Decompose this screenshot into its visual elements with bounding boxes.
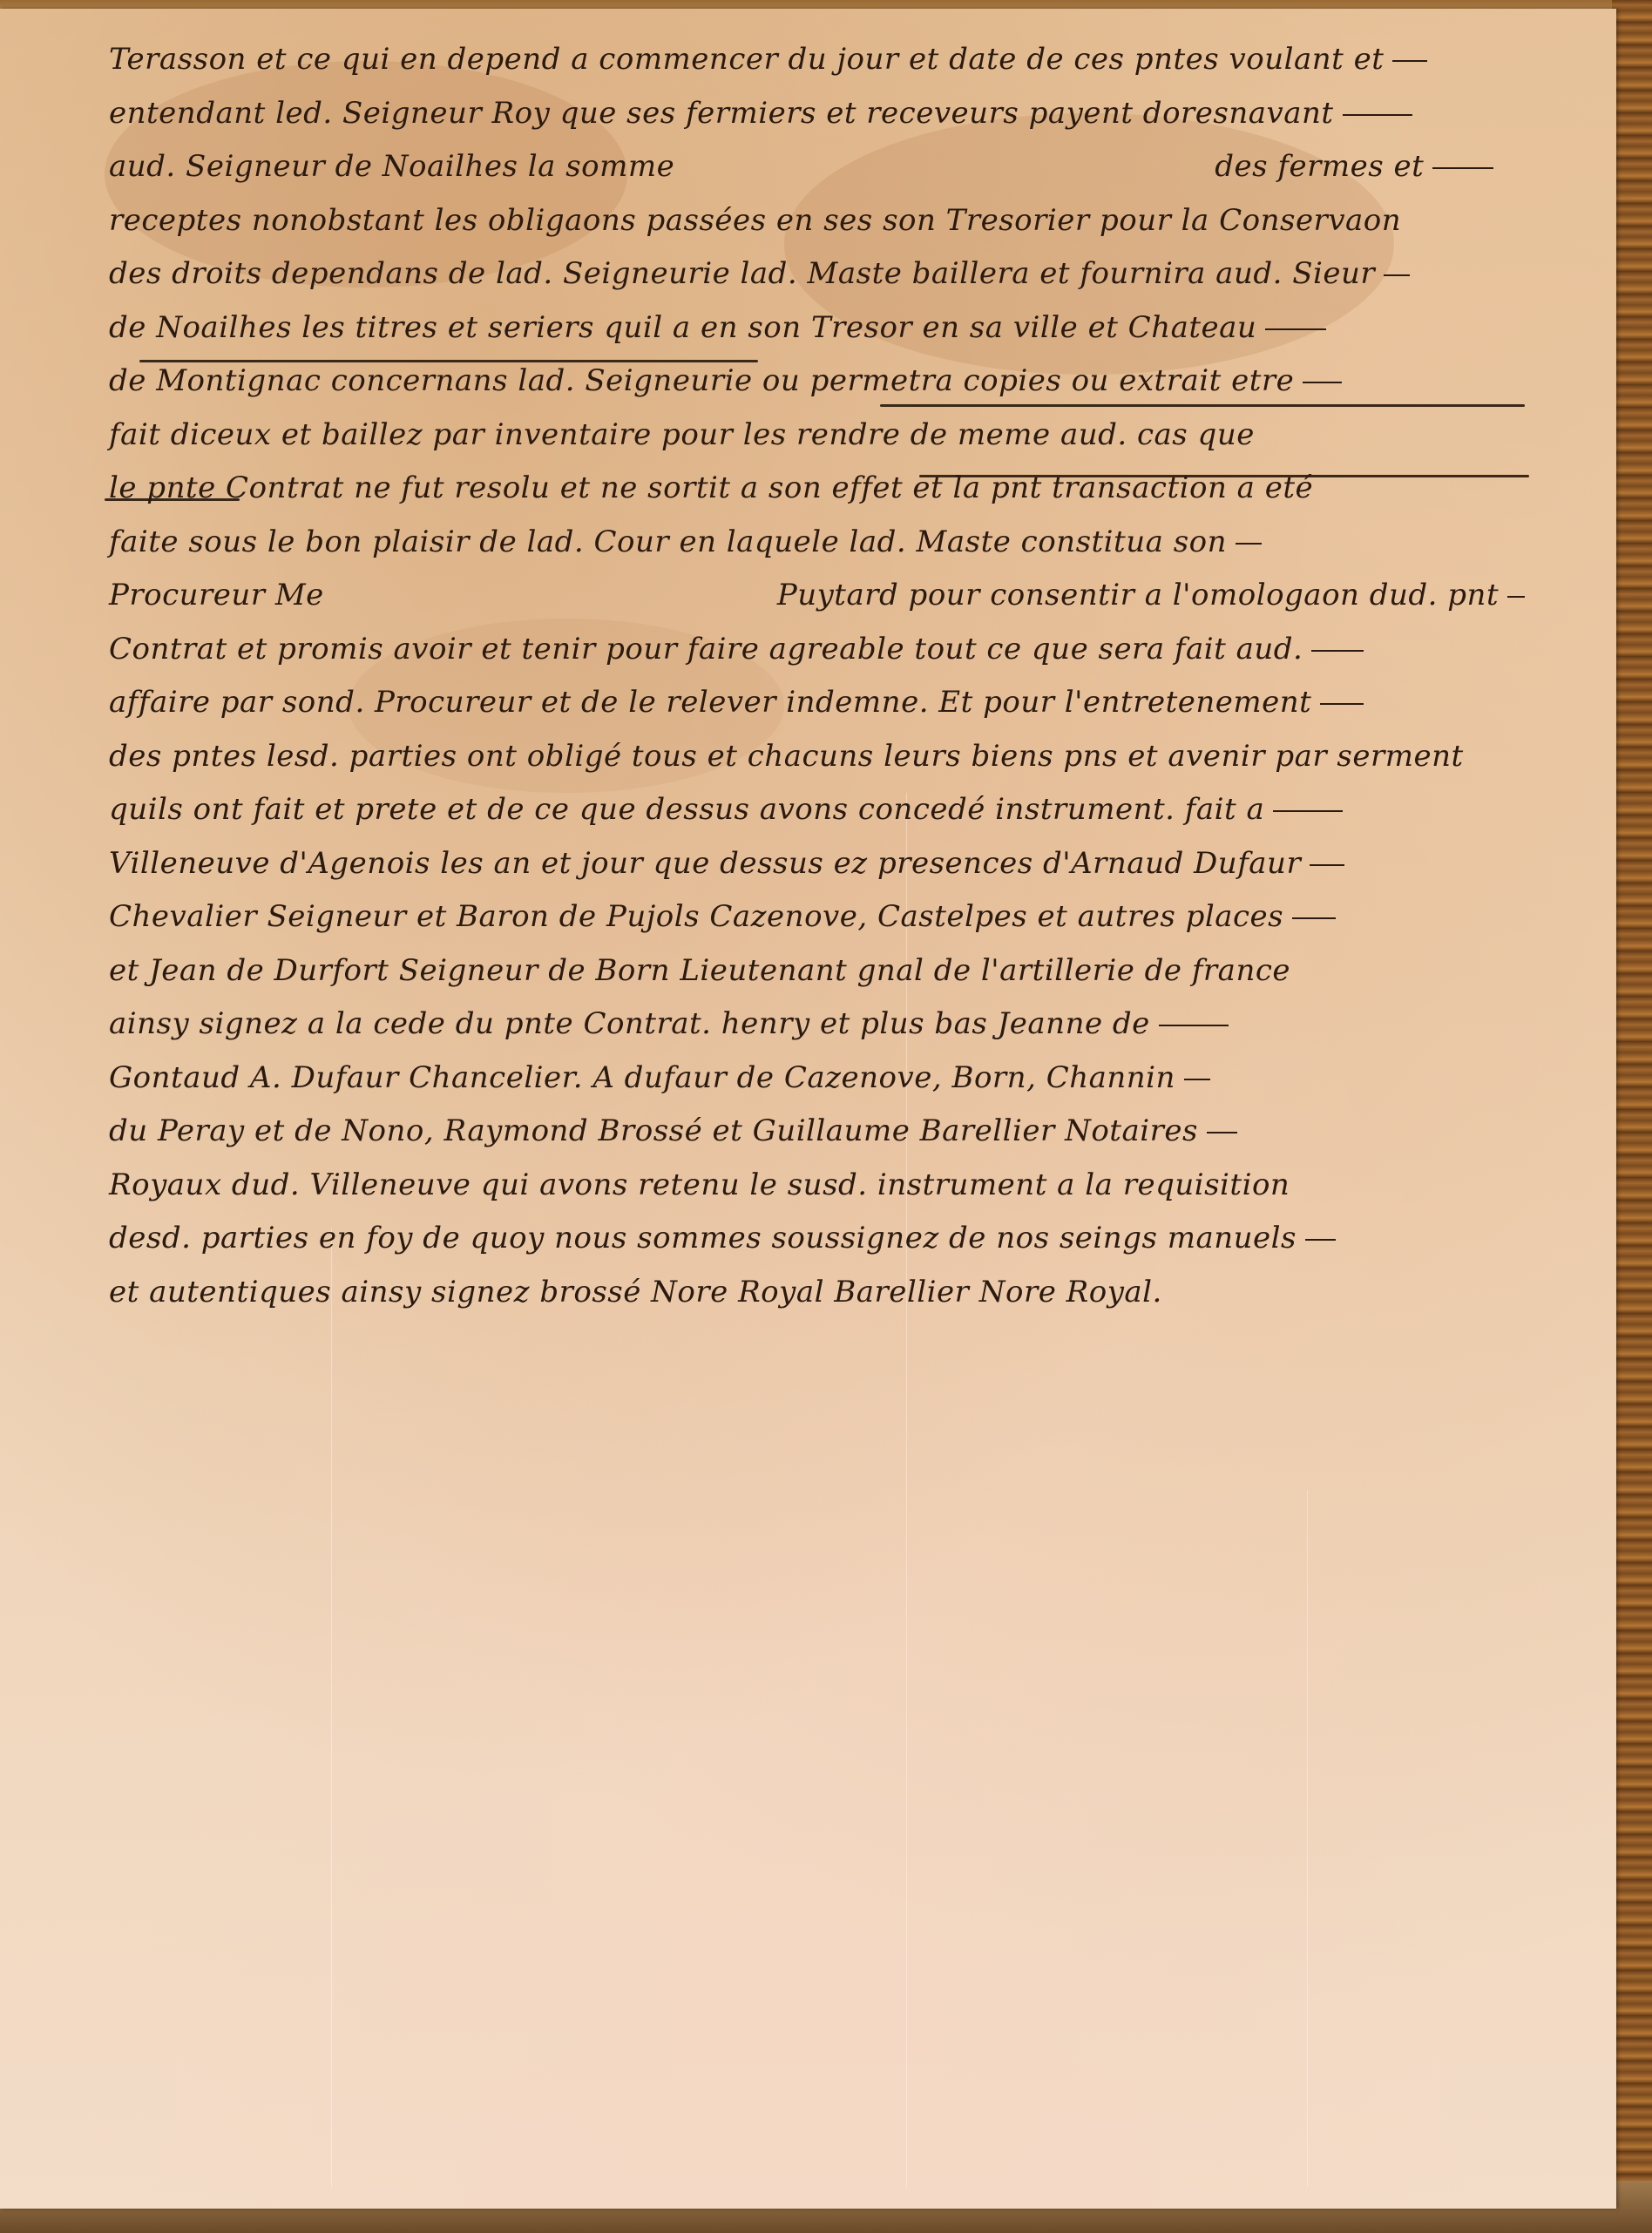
paper-crease — [331, 1228, 332, 2187]
line-filler-stroke — [1292, 917, 1336, 919]
text-line-24: et autentiques ainsy signez brossé Nore … — [109, 1266, 1608, 1320]
line-filler-stroke — [1507, 596, 1525, 598]
line-filler-stroke — [1310, 864, 1344, 866]
line-text: fait diceux et baillez par inventaire po… — [109, 417, 1255, 452]
line-text: de Noailhes les titres et seriers quil a… — [109, 310, 1256, 345]
line-text: et Jean de Durfort Seigneur de Born Lieu… — [109, 953, 1290, 988]
line-text: affaire par sond. Procureur et de le rel… — [109, 685, 1311, 720]
paper-crease — [1307, 1490, 1308, 2187]
line-text: le pnte Contrat ne fut resolu et ne sort… — [109, 470, 1313, 505]
line-filler-stroke — [1392, 60, 1427, 62]
line-filler-stroke — [1343, 114, 1412, 116]
text-line-22: Royaux dud. Villeneuve qui avons retenu … — [109, 1159, 1608, 1213]
line-filler-stroke — [1207, 1132, 1237, 1133]
line-text-continued: Puytard pour consentir a l'omologaon dud… — [777, 578, 1499, 612]
text-line-23: desd. parties en foy de quoy nous sommes… — [109, 1212, 1608, 1266]
wooden-surface-right — [1612, 0, 1652, 2233]
line-text: Chevalier Seigneur et Baron de Pujols Ca… — [109, 899, 1283, 934]
line-text: Royaux dud. Villeneuve qui avons retenu … — [109, 1167, 1290, 1202]
text-line-11: Procureur MePuytard pour consentir a l'o… — [109, 569, 1608, 623]
text-line-14: des pntes lesd. parties ont obligé tous … — [109, 730, 1608, 784]
line-text: receptes nonobstant les obligaons passée… — [109, 203, 1401, 238]
line-text: Villeneuve d'Agenois les an et jour que … — [109, 846, 1301, 881]
manuscript-sheet: Terasson et ce qui en depend a commencer… — [0, 9, 1616, 2209]
line-text: Contrat et promis avoir et tenir pour fa… — [109, 632, 1303, 667]
line-filler-stroke — [1311, 650, 1364, 652]
line-text: Terasson et ce qui en depend a commencer… — [109, 42, 1384, 77]
line-filler-stroke — [1432, 167, 1493, 169]
text-line-21: du Peray et de Nono, Raymond Brossé et G… — [109, 1105, 1608, 1159]
line-text: des pntes lesd. parties ont obligé tous … — [109, 739, 1464, 774]
manuscript-text: Terasson et ce qui en depend a commencer… — [109, 33, 1608, 1319]
text-line-4: receptes nonobstant les obligaons passée… — [109, 194, 1608, 248]
text-line-9: le pnte Contrat ne fut resolu et ne sort… — [109, 462, 1608, 516]
line-filler-stroke — [1159, 1025, 1229, 1026]
line-text-continued: des fermes et — [1215, 149, 1424, 184]
line-filler-stroke — [1303, 382, 1342, 383]
text-line-12: Contrat et promis avoir et tenir pour fa… — [109, 623, 1608, 677]
line-text: aud. Seigneur de Noailhes la somme — [109, 149, 674, 184]
line-text: de Montignac concernans lad. Seigneurie … — [109, 363, 1294, 398]
line-text: des droits dependans de lad. Seigneurie … — [109, 256, 1375, 291]
text-line-1: Terasson et ce qui en depend a commencer… — [109, 33, 1608, 87]
line-text: ainsy signez a la cede du pnte Contrat. … — [109, 1006, 1150, 1041]
line-filler-stroke — [1273, 810, 1343, 812]
text-line-5: des droits dependans de lad. Seigneurie … — [109, 247, 1608, 301]
text-line-3: aud. Seigneur de Noailhes la sommedes fe… — [109, 140, 1608, 194]
line-filler-stroke — [1320, 703, 1364, 705]
text-line-15: quils ont fait et prete et de ce que des… — [109, 783, 1608, 837]
line-filler-stroke — [1236, 543, 1262, 545]
text-line-17: Chevalier Seigneur et Baron de Pujols Ca… — [109, 890, 1608, 944]
line-filler-stroke — [1265, 328, 1326, 330]
text-line-6: de Noailhes les titres et seriers quil a… — [109, 301, 1608, 355]
line-filler-stroke — [1384, 274, 1410, 276]
text-line-19: ainsy signez a la cede du pnte Contrat. … — [109, 998, 1608, 1052]
line-text: du Peray et de Nono, Raymond Brossé et G… — [109, 1113, 1198, 1148]
text-line-10: faite sous le bon plaisir de lad. Cour e… — [109, 516, 1608, 570]
line-text: desd. parties en foy de quoy nous sommes… — [109, 1221, 1297, 1255]
text-line-16: Villeneuve d'Agenois les an et jour que … — [109, 837, 1608, 891]
text-line-18: et Jean de Durfort Seigneur de Born Lieu… — [109, 944, 1608, 998]
text-line-8: fait diceux et baillez par inventaire po… — [109, 409, 1608, 463]
line-filler-stroke — [1184, 1079, 1210, 1080]
text-line-13: affaire par sond. Procureur et de le rel… — [109, 676, 1608, 730]
line-text: Procureur Me — [109, 578, 324, 612]
line-text: Gontaud A. Dufaur Chancelier. A dufaur d… — [109, 1060, 1175, 1095]
line-text: quils ont fait et prete et de ce que des… — [109, 792, 1264, 827]
line-text: faite sous le bon plaisir de lad. Cour e… — [109, 524, 1227, 559]
text-line-20: Gontaud A. Dufaur Chancelier. A dufaur d… — [109, 1052, 1608, 1106]
text-line-7: de Montignac concernans lad. Seigneurie … — [109, 355, 1608, 409]
line-text: et autentiques ainsy signez brossé Nore … — [109, 1275, 1162, 1309]
line-text: entendant led. Seigneur Roy que ses ferm… — [109, 96, 1334, 131]
line-filler-stroke — [1305, 1239, 1336, 1241]
text-line-2: entendant led. Seigneur Roy que ses ferm… — [109, 87, 1608, 141]
